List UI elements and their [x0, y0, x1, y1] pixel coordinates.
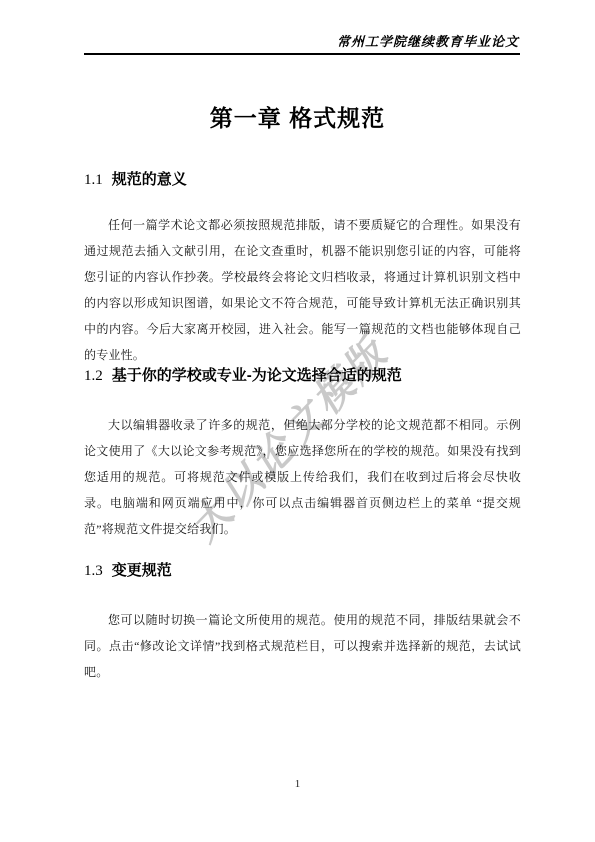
section-title: 规范的意义 — [112, 171, 187, 188]
section-1-3-paragraph: 您可以随时切换一篇论文所使用的规范。使用的规范不同，排版结果就会不同。点击“修改… — [84, 607, 521, 685]
section-heading-1-1: 1.1规范的意义 — [84, 168, 521, 189]
section-heading-1-2: 1.2基于你的学校或专业-为论文选择合适的规范 — [84, 364, 521, 385]
section-heading-1-3: 1.3变更规范 — [84, 559, 521, 580]
section-number: 1.1 — [84, 172, 103, 188]
section-title: 基于你的学校或专业-为论文选择合适的规范 — [112, 367, 402, 384]
section-1-1-paragraph: 任何一篇学术论文都必须按照规范排版，请不要质疑它的合理性。如果没有通过规范去插入… — [84, 212, 521, 368]
content-column: 1.1规范的意义 任何一篇学术论文都必须按照规范排版，请不要质疑它的合理性。如果… — [84, 0, 521, 842]
section-number: 1.3 — [84, 563, 103, 579]
section-number: 1.2 — [84, 368, 103, 384]
section-title: 变更规范 — [112, 562, 172, 579]
section-1-2-paragraph: 大以编辑器收录了许多的规范，但绝大部分学校的论文规范都不相同。示例论文使用了《大… — [84, 412, 521, 542]
document-page: 大以论文模版 常州工学院继续教育毕业论文 第一章 格式规范 1.1规范的意义 任… — [0, 0, 595, 842]
